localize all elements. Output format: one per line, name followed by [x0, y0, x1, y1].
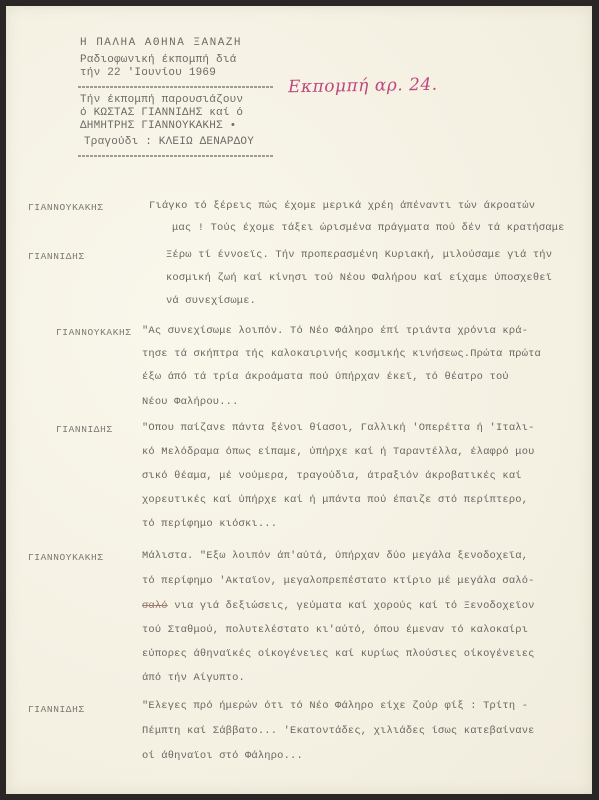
dialogue-line: νά συνεχίσωμε.	[166, 295, 256, 307]
program-title: Η ΠΑΛΗΑ ΑΘΗΝΑ ΞΑΝΑΖΗ	[80, 37, 274, 50]
dialogue-line: μας ! Τούς έχομε τάξει ώρισμένα πράγματα…	[172, 222, 565, 234]
dialogue-line: άπό τήν Αίγυπτο.	[142, 672, 245, 684]
credits-line2: ό ΚΩΣΤΑΣ ΓΙΑΝΝΙΔΗΣ καί ό	[80, 107, 274, 120]
speaker-label: ΓΙΑΝΝΙΔΗΣ	[56, 424, 113, 435]
dialogue-line: Γιάγκο τό ξέρεις πώς έχομε μερικά χρέη ά…	[149, 200, 535, 212]
dialogue-line: Μάλιστα. "Εξω λοιπόν άπ'αύτά, ύπήρχαν δύ…	[142, 550, 528, 562]
dialogue-line: σαλό νια γιά δεξιώσεις, γεύματα καί χορο…	[142, 600, 535, 612]
dialogue-line: κό Μελόδραμα όπως είπαμε, ύπήρχε καί ή Τ…	[142, 446, 535, 458]
dialogue-line: εύπορες άθηναϊκές οίκογένειες καί κυρίως…	[142, 648, 535, 660]
header-divider	[78, 86, 274, 88]
speaker-label: ΓΙΑΝΝΟΥΚΑΚΗΣ	[28, 202, 104, 213]
dialogue-line: έξω άπό τά τρία άκροάματα πού ύπήρχαν έκ…	[142, 371, 509, 383]
handwritten-annotation: Εκπομπή αρ. 24.	[288, 75, 438, 98]
dialogue-line: τό περίφημο 'Ακταϊον, μεγαλοπρεπέστατο κ…	[142, 575, 535, 587]
dialogue-line: "Ελεγες πρό ήμερών ότι τό Νέο Φάληρο είχ…	[142, 700, 528, 712]
credits-line3: ΔΗΜΗΤΡΗΣ ΓΙΑΝΝΟΥΚΑΚΗΣ •	[80, 120, 274, 133]
dialogue-line: τησε τά σκήπτρα τής καλοκαιρινής κοσμική…	[142, 348, 541, 360]
dialogue-line: κοσμική ζωή καί κίνησι τού Νέου Φαλήρου …	[166, 272, 552, 284]
credits-line1: Τήν έκπομπή παρουσιάζουν	[80, 94, 274, 107]
document-header: Η ΠΑΛΗΑ ΑΘΗΝΑ ΞΑΝΑΖΗ Ραδιοφωνική έκπομπή…	[80, 37, 274, 163]
dialogue-line: σικό θέαμα, μέ νούμερα, τραγούδια, άτραξ…	[142, 470, 522, 482]
speaker-label: ΓΙΑΝΝΙΔΗΣ	[28, 704, 85, 715]
dialogue-line: "Οπου παίζανε πάντα ξένοι θίασοι, Γαλλικ…	[142, 422, 535, 434]
broadcast-subtitle-line1: Ραδιοφωνική έκπομπή διά	[80, 54, 274, 67]
typewritten-page: Η ΠΑΛΗΑ ΑΘΗΝΑ ΞΑΝΑΖΗ Ραδιοφωνική έκπομπή…	[6, 6, 592, 794]
dialogue-line: χορευτικές καί ύπήρχε καί ή μπάντα πού έ…	[142, 494, 528, 506]
dialogue-line: Νέου Φαλήρου...	[142, 396, 239, 408]
speaker-label: ΓΙΑΝΝΟΥΚΑΚΗΣ	[28, 552, 104, 563]
dialogue-line: τού Σταθμού, πολυτελέστατο κι'αύτό, όπου…	[142, 624, 528, 636]
speaker-label: ΓΙΑΝΝΙΔΗΣ	[28, 251, 85, 262]
song-credit: Τραγούδι : ΚΛΕΙΩ ΔΕΝΑΡΔΟΥ	[84, 136, 274, 149]
dialogue-line: τό περίφημο κιόσκι...	[142, 518, 277, 530]
header-divider-bottom	[78, 155, 274, 157]
speaker-label: ΓΙΑΝΝΟΥΚΑΚΗΣ	[56, 327, 132, 338]
dialogue-line: Ξέρω τί έννοεϊς. Τήν προπερασμένη Κυριακ…	[166, 249, 552, 261]
dialogue-line: οί άθηναϊοι στό Φάληρο...	[142, 750, 303, 762]
dialogue-line: "Ας συνεχίσωμε λοιπόν. Τό Νέο Φάληρο έπί…	[142, 325, 528, 337]
broadcast-date: τήν 22 'Ιουνίου 1969	[80, 67, 274, 80]
struck-out-text: σαλό	[142, 600, 168, 612]
dialogue-line: Πέμπτη καί Σάββατο... 'Εκατοντάδες, χιλι…	[142, 725, 535, 737]
